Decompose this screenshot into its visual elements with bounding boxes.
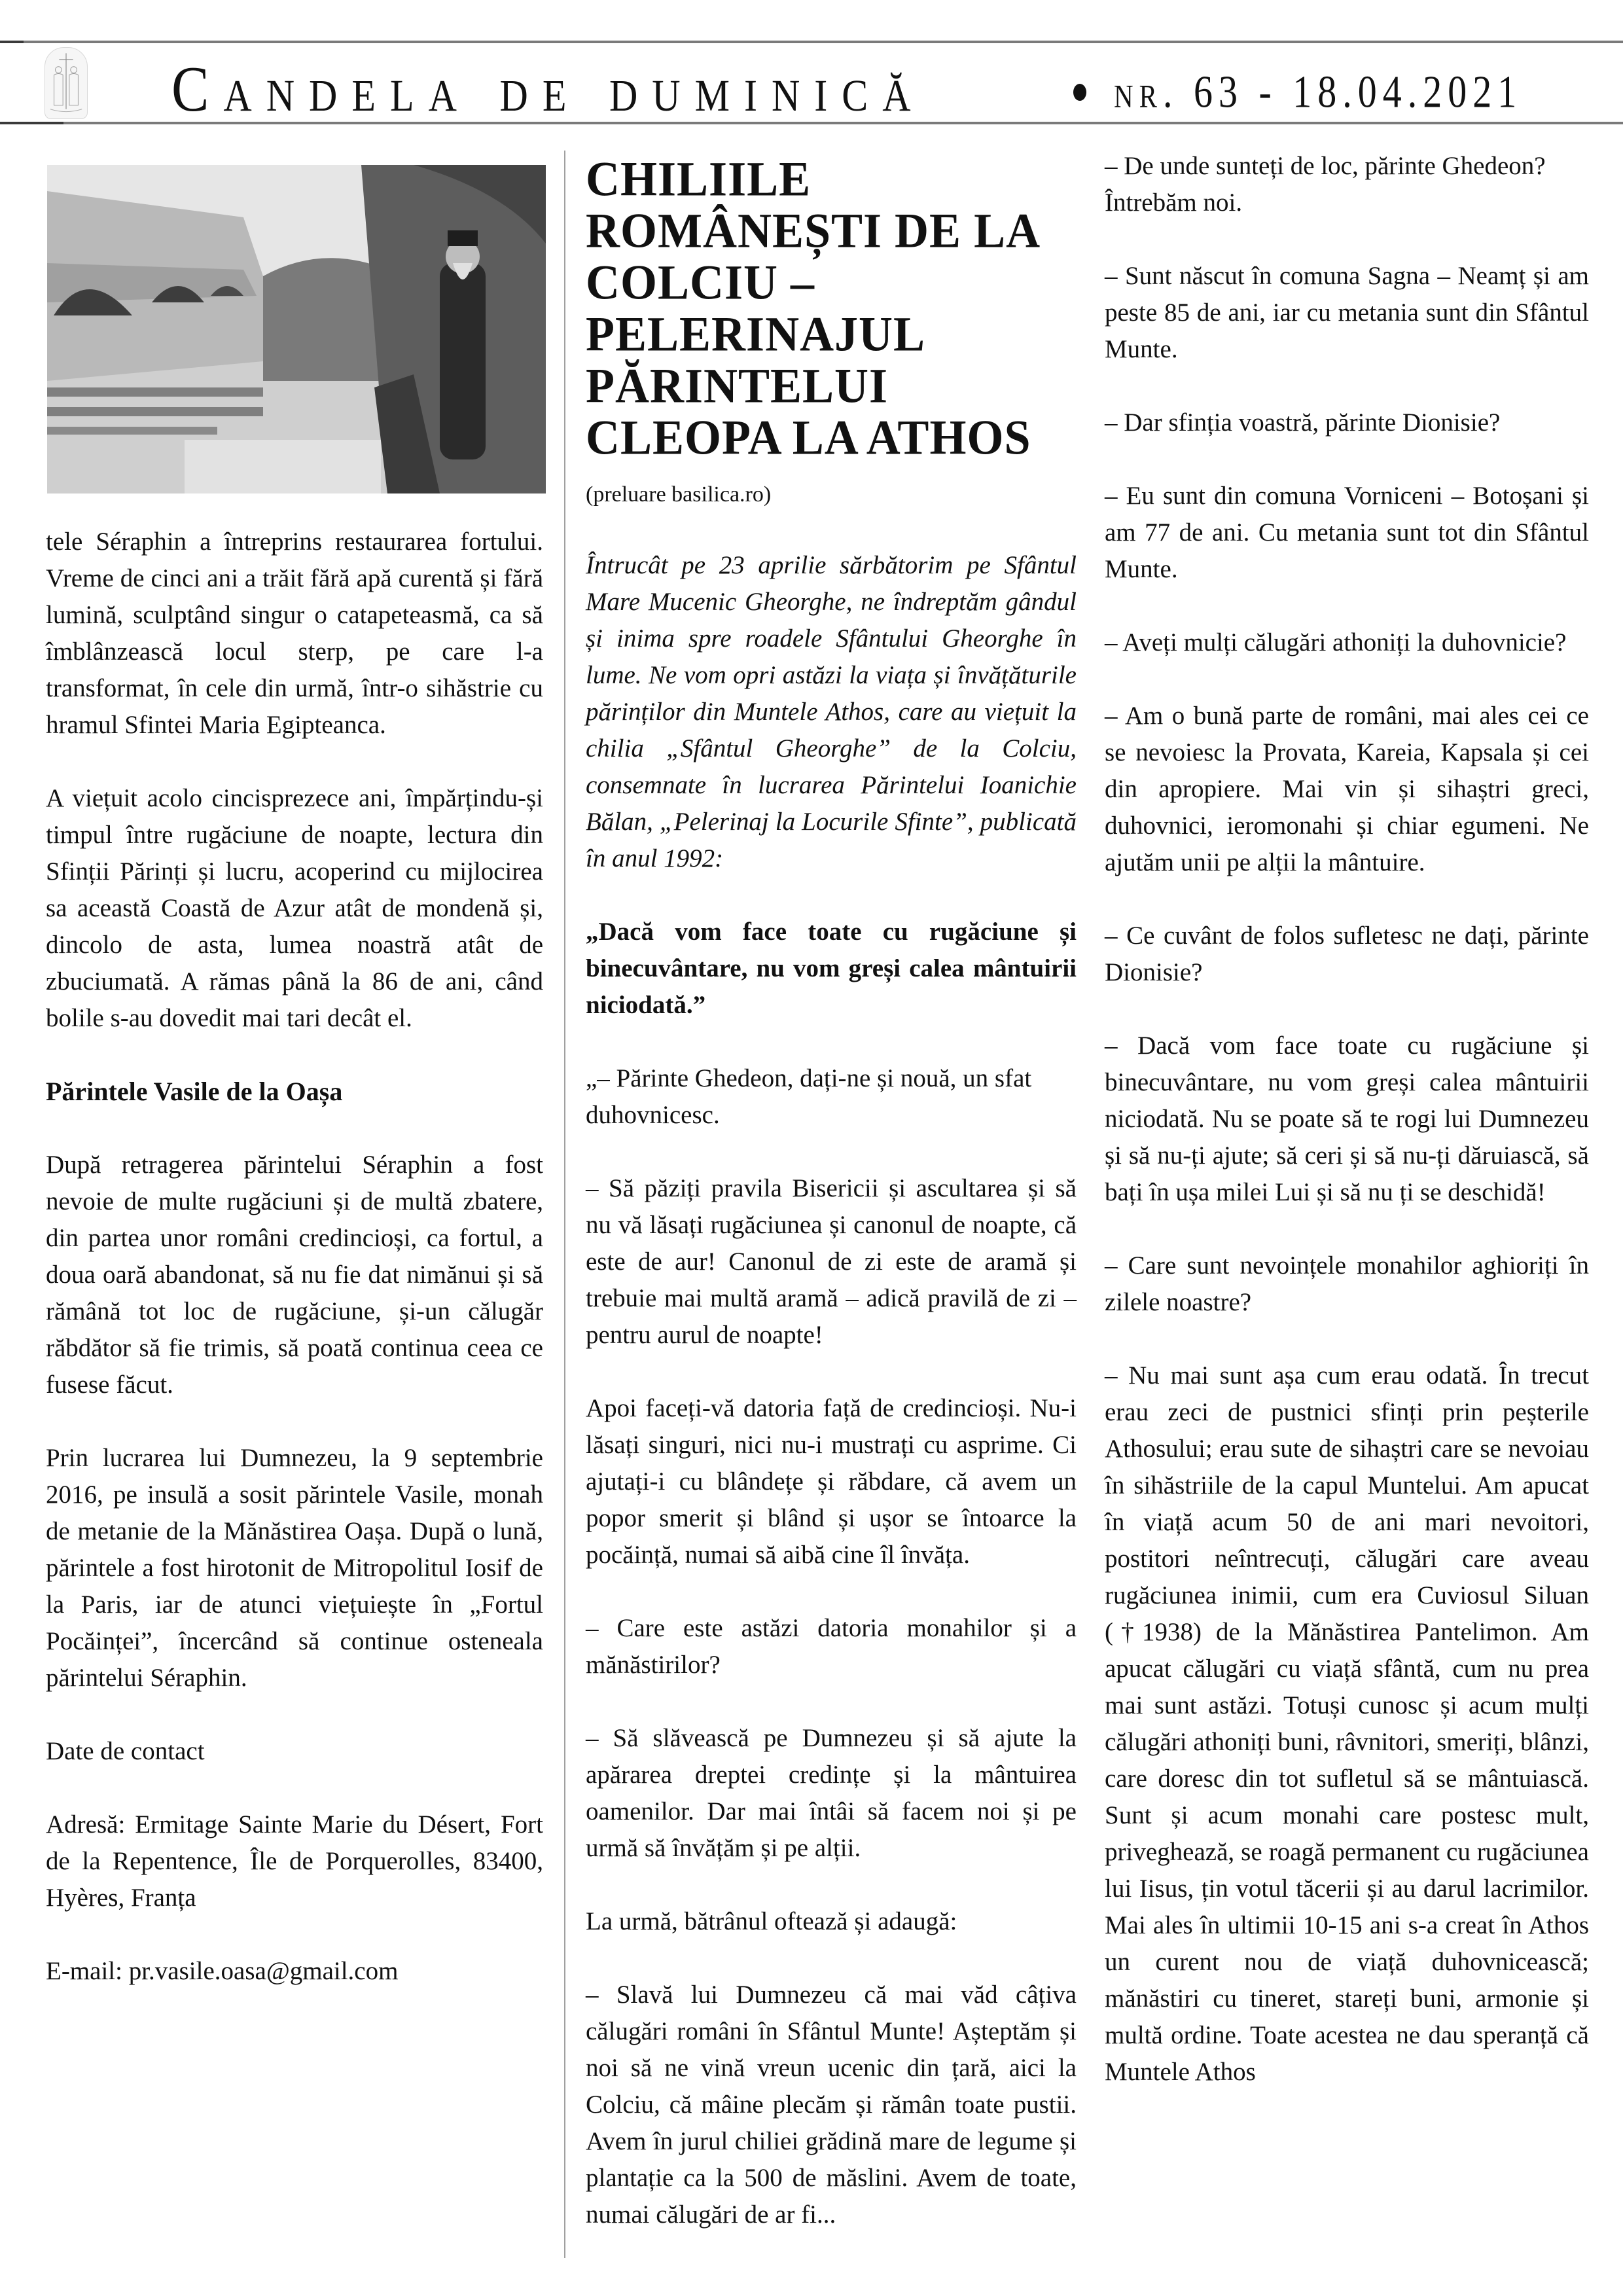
paragraph: – De unde sunteți de loc, părinte Ghedeo… <box>1105 148 1589 221</box>
masthead-top-rule <box>0 41 1623 43</box>
right-column: – De unde sunteți de loc, părinte Ghedeo… <box>1105 148 1589 2127</box>
paragraph: – Dacă vom face toate cu rugăciune și bi… <box>1105 1028 1589 1211</box>
paragraph: – Care sunt nevoințele monahilor aghiori… <box>1105 1247 1589 1321</box>
paragraph: – Eu sunt din comuna Vorniceni – Botoșan… <box>1105 478 1589 588</box>
paragraph: – Slavă lui Dumnezeu că mai văd câțiva c… <box>586 1977 1077 2233</box>
paragraph: – Nu mai sunt așa cum erau odată. În tre… <box>1105 1357 1589 2090</box>
paragraph: – Aveți mulți călugări athoniți la duhov… <box>1105 624 1589 661</box>
middle-column: Chiliile românești de la Colciu – peleri… <box>586 151 1077 2270</box>
paragraph: Prin lucrarea lui Dumnezeu, la 9 septemb… <box>46 1440 543 1696</box>
paragraph: – Care este astăzi datoria monahilor și … <box>586 1610 1077 1683</box>
paragraph: Apoi faceți-vă datoria față de credincio… <box>586 1390 1077 1573</box>
article-intro: Întrucât pe 23 aprilie sărbătorim pe Sfâ… <box>586 547 1077 877</box>
monk-at-fort-photo <box>47 165 546 493</box>
contact-address: Adresă: Ermitage Sainte Marie du Désert,… <box>46 1806 543 1916</box>
paragraph: tele Séraphin a întreprins restaurarea f… <box>46 524 543 744</box>
bullet-separator <box>1073 84 1086 101</box>
paragraph: – Să păziți pravila Bisericii și asculta… <box>586 1170 1077 1354</box>
paragraph: „– Părinte Ghedeon, dați-ne și nouă, un … <box>586 1060 1077 1134</box>
publication-title: Candela de duminică <box>171 56 925 121</box>
paragraph: – Sunt născut în comuna Sagna – Neamț și… <box>1105 258 1589 368</box>
paragraph: A viețuit acolo cincisprezece ani, împăr… <box>46 780 543 1037</box>
article-source: (preluare basilica.ro) <box>586 480 1077 509</box>
contact-label: Date de contact <box>46 1733 543 1770</box>
highlight-quote: „Dacă vom face toate cu rugăciune și bin… <box>586 914 1077 1024</box>
article-title: Chiliile românești de la Colciu – peleri… <box>586 153 1077 463</box>
paragraph: – Ce cuvânt de folos sufletesc ne dați, … <box>1105 918 1589 991</box>
section-heading: Părintele Vasile de la Oașa <box>46 1073 543 1110</box>
paragraph: La urmă, bătrânul oftează și adaugă: <box>586 1903 1077 1940</box>
column-divider <box>564 151 565 2258</box>
contact-email[interactable]: E-mail: pr.vasile.oasa@gmail.com <box>46 1953 543 1990</box>
saints-emblem-icon <box>45 47 88 119</box>
paragraph: – Dar sfinția voastră, părinte Dionisie? <box>1105 404 1589 441</box>
masthead: Candela de duminică nr. 63 - 18.04.2021 <box>0 46 1623 120</box>
paragraph: – Să slăvească pe Dumnezeu și să ajute l… <box>586 1720 1077 1867</box>
masthead-bottom-rule <box>0 122 1623 124</box>
paragraph: După retragerea părintelui Séraphin a fo… <box>46 1147 543 1403</box>
issue-number-date: nr. 63 - 18.04.2021 <box>1114 69 1522 115</box>
paragraph: – Am o bună parte de români, mai ales ce… <box>1105 698 1589 881</box>
left-column: tele Séraphin a întreprins restaurarea f… <box>46 524 543 2026</box>
